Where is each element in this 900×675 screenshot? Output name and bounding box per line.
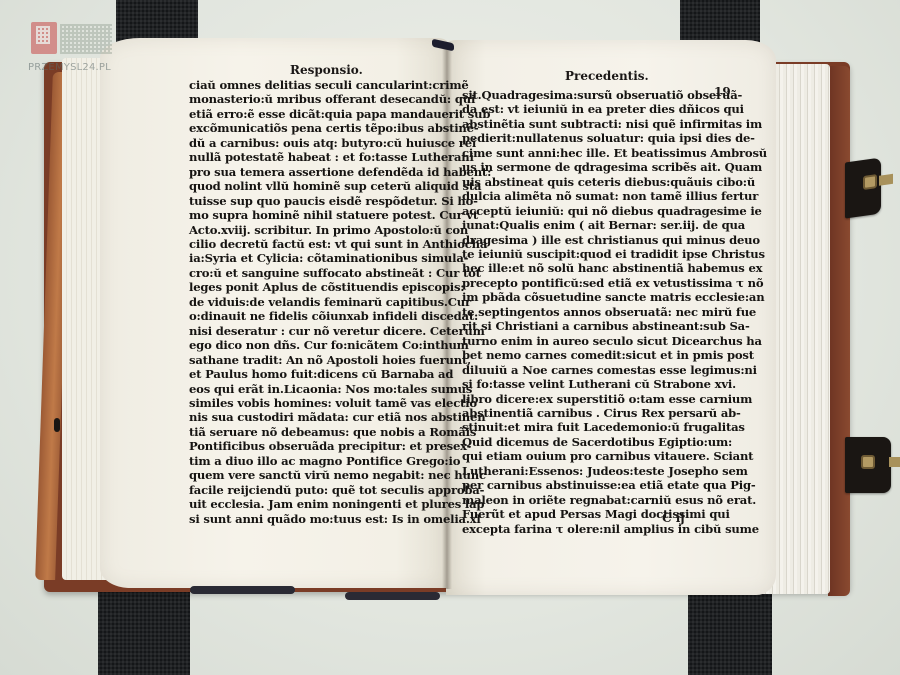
text-line: o:dinauit ne fidelis cõiunxab infideli d… bbox=[189, 309, 443, 323]
text-line: tim a diuo illo ac magno Pontifice Grego… bbox=[189, 454, 443, 468]
text-line: rit si Christiani a carnibus abstineant:… bbox=[462, 319, 724, 333]
text-line: Pontificibus obseruãda precipitur: et pr… bbox=[189, 439, 443, 453]
text-line: stinuit:et mira fuit Lacedemonio:ŭ fruga… bbox=[462, 420, 724, 434]
text-line: ego dico non dñs. Cur fo:nicãtem Co:inth… bbox=[189, 338, 443, 352]
right-cover-board bbox=[828, 66, 850, 596]
text-line: cro:ŭ et sanguine suffocato abstineãt : … bbox=[189, 266, 443, 280]
text-line: abstinentiã carnibus . Cirus Rex persarŭ… bbox=[462, 406, 724, 420]
left-page-text: ciaŭ omnes delitias seculi cancularint:c… bbox=[189, 78, 443, 526]
text-line: te septingentos annos obseruatã: nec mir… bbox=[462, 305, 724, 319]
text-line: dŭ a carnibus: ouis atq: butyro:cŭ huius… bbox=[189, 136, 443, 150]
text-line: etiã erro:ẽ esse dicãt:quia papa mandaue… bbox=[189, 107, 443, 121]
text-line: excõmunicatiõs pena certis tẽpo:ibus abs… bbox=[189, 121, 443, 135]
text-line: monasterio:ŭ mribus offerant desecandŭ: … bbox=[189, 92, 443, 106]
text-line: et Paulus homo fuit:dicens cŭ Barnaba ad bbox=[189, 367, 443, 381]
text-line: abstinẽtia sunt subtracti: nisi quẽ infi… bbox=[462, 117, 724, 131]
text-line: diluuiŭ a Noe carnes comestas esse legim… bbox=[462, 363, 724, 377]
text-line: excepta farina τ olere:nil amplius in ci… bbox=[462, 522, 724, 536]
spine-ridge bbox=[345, 592, 440, 600]
cover-nick-icon bbox=[54, 418, 60, 432]
text-line: sathane tradit: An nõ Apostoli hoies fue… bbox=[189, 353, 443, 367]
book-strap-bottom-right bbox=[688, 592, 772, 675]
text-line: Lutherani:Essenos: Judeos:teste Josepho … bbox=[462, 464, 724, 478]
text-line: us in sermone de qdragesima scribẽs ait.… bbox=[462, 160, 724, 174]
clasp-hinge-icon bbox=[889, 457, 900, 467]
text-line: ia:Syria et Cylicia: cõtaminationibus si… bbox=[189, 251, 443, 265]
clasp-hinge-icon bbox=[879, 174, 893, 186]
text-line: per carnibus abstinuisse:ea etiã etate q… bbox=[462, 478, 724, 492]
text-line: si sunt anni quãdo mo:tuus est: Is in om… bbox=[189, 512, 443, 526]
text-line: de viduis:de velandis feminarŭ capitibus… bbox=[189, 295, 443, 309]
watermark-24-logo-icon bbox=[60, 24, 112, 54]
text-line: mo supra hominẽ nihil statuere potest. C… bbox=[189, 208, 443, 222]
text-line: si fo:tasse velint Lutherani cŭ Strabone… bbox=[462, 377, 724, 391]
text-line: cime sunt anni:hec ille. Et beatissimus … bbox=[462, 146, 724, 160]
text-line: tiã seruare nõ debeamus: que nobis a Rom… bbox=[189, 425, 443, 439]
text-line: dragesima ) ille est christianus qui min… bbox=[462, 233, 724, 247]
text-line: Fuerũt et apud Persas Magi doctissimi qu… bbox=[462, 507, 724, 521]
text-line: iunat:Qualis enim ( ait Bernar: ser.iij.… bbox=[462, 218, 724, 232]
text-line: ciaŭ omnes delitias seculi cancularint:c… bbox=[189, 78, 443, 92]
text-line: tuisse sup quo paucis eisdẽ respõdetur. … bbox=[189, 194, 443, 208]
clasp-top bbox=[845, 157, 881, 218]
text-line: leges ponit Aplus de cõstituendis episco… bbox=[189, 280, 443, 294]
text-line: cilio decretŭ factŭ est: vt qui sunt in … bbox=[189, 237, 443, 251]
text-line: Acto.xviij. scribitur. In primo Apostolo… bbox=[189, 223, 443, 237]
watermark: PRZEMYSL24.PL bbox=[28, 22, 116, 78]
text-line: libro dicere:ex superstitiõ o:tam esse c… bbox=[462, 392, 724, 406]
right-page-text: sit.Quadragesima:sursũ obseruatiõ obseru… bbox=[462, 88, 724, 536]
text-line: sit.Quadragesima:sursũ obseruatiõ obseru… bbox=[462, 88, 724, 102]
book-strap-bottom-left bbox=[98, 580, 190, 675]
text-line: uis abstineat quis ceteris diebus:quãuis… bbox=[462, 175, 724, 189]
text-line: da est: vt ieiuniŭ in ea preter dies dñi… bbox=[462, 102, 724, 116]
clasp-bottom bbox=[845, 437, 891, 493]
text-line: bet nemo carnes comedit:sicut et in pmis… bbox=[462, 348, 724, 362]
text-line: te ieiuniŭ suscipit:quod ei tradidit ips… bbox=[462, 247, 724, 261]
text-line: uit ecclesia. Jam enim noningenti et plu… bbox=[189, 497, 443, 511]
watermark-p-logo-icon bbox=[31, 22, 57, 54]
text-line: similes vobis homines: voluit tamẽ vas e… bbox=[189, 396, 443, 410]
text-line: precepto pontificŭ:sed etiã ex vetustiss… bbox=[462, 276, 724, 290]
text-line: pro sua temera assertione defendẽda id h… bbox=[189, 165, 443, 179]
spine-ridge bbox=[190, 586, 295, 594]
watermark-text: PRZEMYSL24.PL bbox=[28, 62, 111, 73]
text-line: nullã potestatẽ habeat : et fo:tasse Lut… bbox=[189, 150, 443, 164]
text-line: facile reijciendŭ puto: quẽ tot seculis … bbox=[189, 483, 443, 497]
text-line: Quid dicemus de Sacerdotibus Egiptio:um: bbox=[462, 435, 724, 449]
text-line: hec ille:et nõ solŭ hanc abstinentiã hab… bbox=[462, 261, 724, 275]
text-line: turno enim in aureo seculo sicut Dicearc… bbox=[462, 334, 724, 348]
text-line: im pbãda cõsuetudine sancte matris eccle… bbox=[462, 290, 724, 304]
text-line: nisi deseratur : cur nõ veretur dicere. … bbox=[189, 324, 443, 338]
text-line: quem vere sanctŭ virŭ nemo negabit: nec … bbox=[189, 468, 443, 482]
clasp-pin-icon bbox=[863, 174, 877, 190]
running-head-right: Precedentis. bbox=[565, 69, 649, 83]
running-head-left: Responsio. bbox=[290, 63, 363, 77]
text-line: pedierit:nullatenus soluatur: quia ipsi … bbox=[462, 131, 724, 145]
text-line: acceptŭ ieiuniŭ: qui nõ diebus quadrages… bbox=[462, 204, 724, 218]
clasp-pin-icon bbox=[861, 455, 875, 469]
text-line: quod nolint vllŭ hominẽ sup ceterŭ aliqu… bbox=[189, 179, 443, 193]
signature-mark: C ij bbox=[662, 511, 685, 525]
text-line: qui etiam ouium pro carnibus vitauere. S… bbox=[462, 449, 724, 463]
text-line: nis sua custodiri mãdata: cur etiã nos a… bbox=[189, 410, 443, 424]
text-line: maleon in oriẽte regnabat:carniŭ esus nõ… bbox=[462, 493, 724, 507]
text-line: eos qui erãt in.Licaonia: Nos mo:tales s… bbox=[189, 382, 443, 396]
text-line: dulcia alimẽta nõ sumat: non tamẽ illius… bbox=[462, 189, 724, 203]
